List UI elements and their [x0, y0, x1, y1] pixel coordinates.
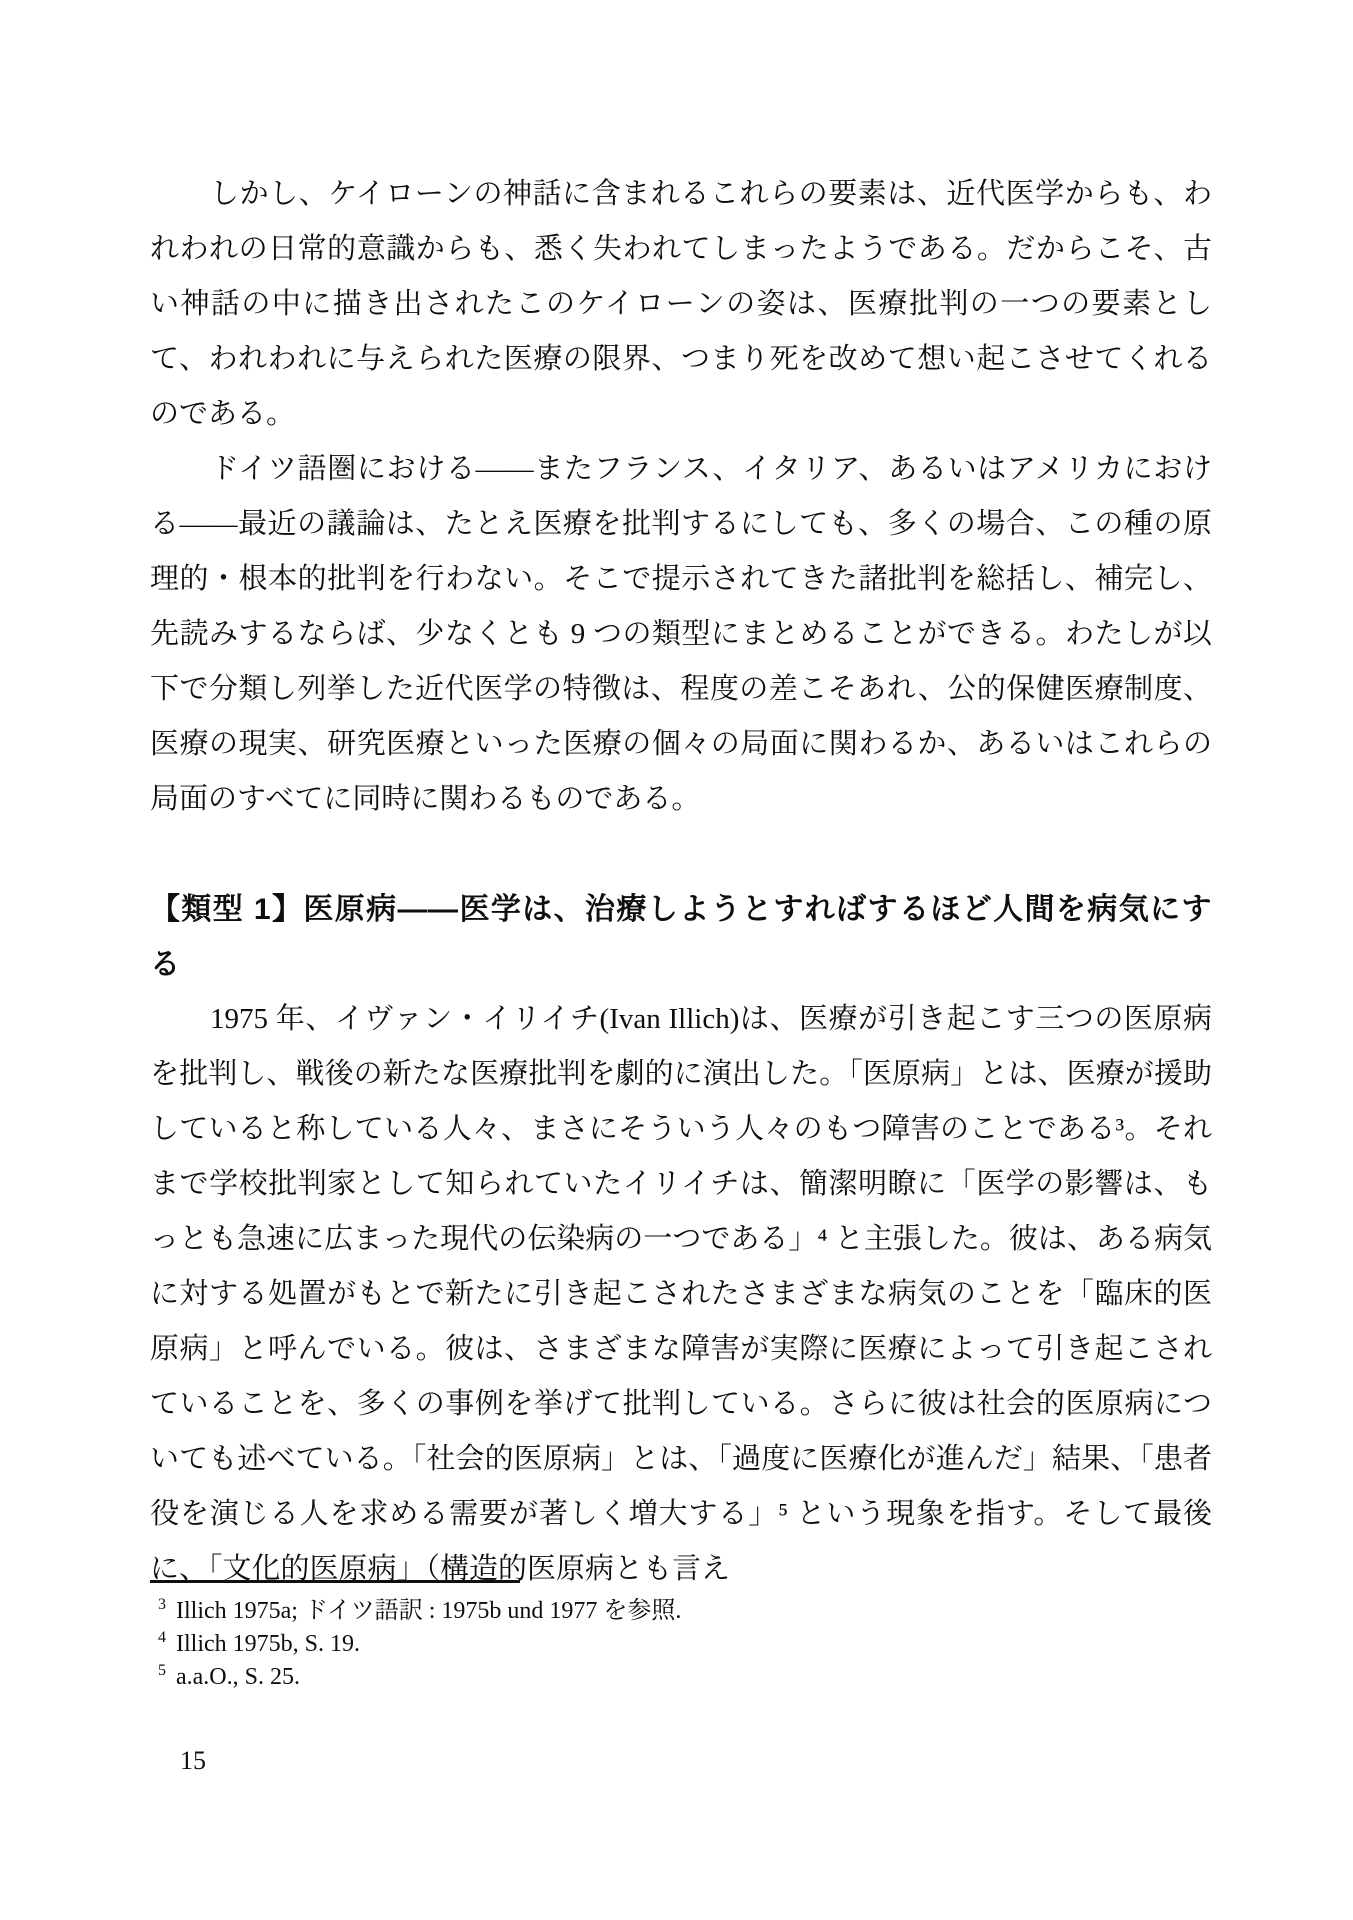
footnotes: 3Illich 1975a; ドイツ語訳 : 1975b und 1977 を参…	[150, 1580, 1212, 1694]
footnote-marker: 3	[158, 1596, 166, 1613]
footnote-item: 5a.a.O., S. 25.	[150, 1661, 1212, 1694]
content-area: しかし、ケイローンの神話に含まれるこれらの要素は、近代医学からも、われわれの日常…	[150, 167, 1212, 1597]
document-page: しかし、ケイローンの神話に含まれるこれらの要素は、近代医学からも、われわれの日常…	[0, 0, 1353, 1920]
footnote-text: a.a.O., S. 25.	[176, 1664, 300, 1690]
footnote-marker: 4	[158, 1629, 166, 1646]
footnote-text: Illich 1975b, S. 19.	[176, 1631, 360, 1657]
footnote-item: 3Illich 1975a; ドイツ語訳 : 1975b und 1977 を参…	[150, 1595, 1212, 1628]
page-number: 15	[180, 1746, 206, 1776]
footnote-text: Illich 1975a; ドイツ語訳 : 1975b und 1977 を参照…	[176, 1598, 681, 1624]
section-heading-type1-iatrogenesis: 【類型 1】医原病——医学は、治療しようとすればするほど人間を病気にする	[150, 882, 1212, 992]
paragraph-german-discussion: ドイツ語圏における——またフランス、イタリア、あるいはアメリカにおける——最近の…	[150, 442, 1212, 827]
paragraph-ivan-illich: 1975 年、イヴァン・イリイチ(Ivan Illich)は、医療が引き起こす三…	[150, 992, 1212, 1597]
footnote-separator	[150, 1580, 520, 1583]
footnote-item: 4Illich 1975b, S. 19.	[150, 1628, 1212, 1661]
paragraph-kheiron-myth: しかし、ケイローンの神話に含まれるこれらの要素は、近代医学からも、われわれの日常…	[150, 167, 1212, 442]
footnote-marker: 5	[158, 1662, 166, 1679]
